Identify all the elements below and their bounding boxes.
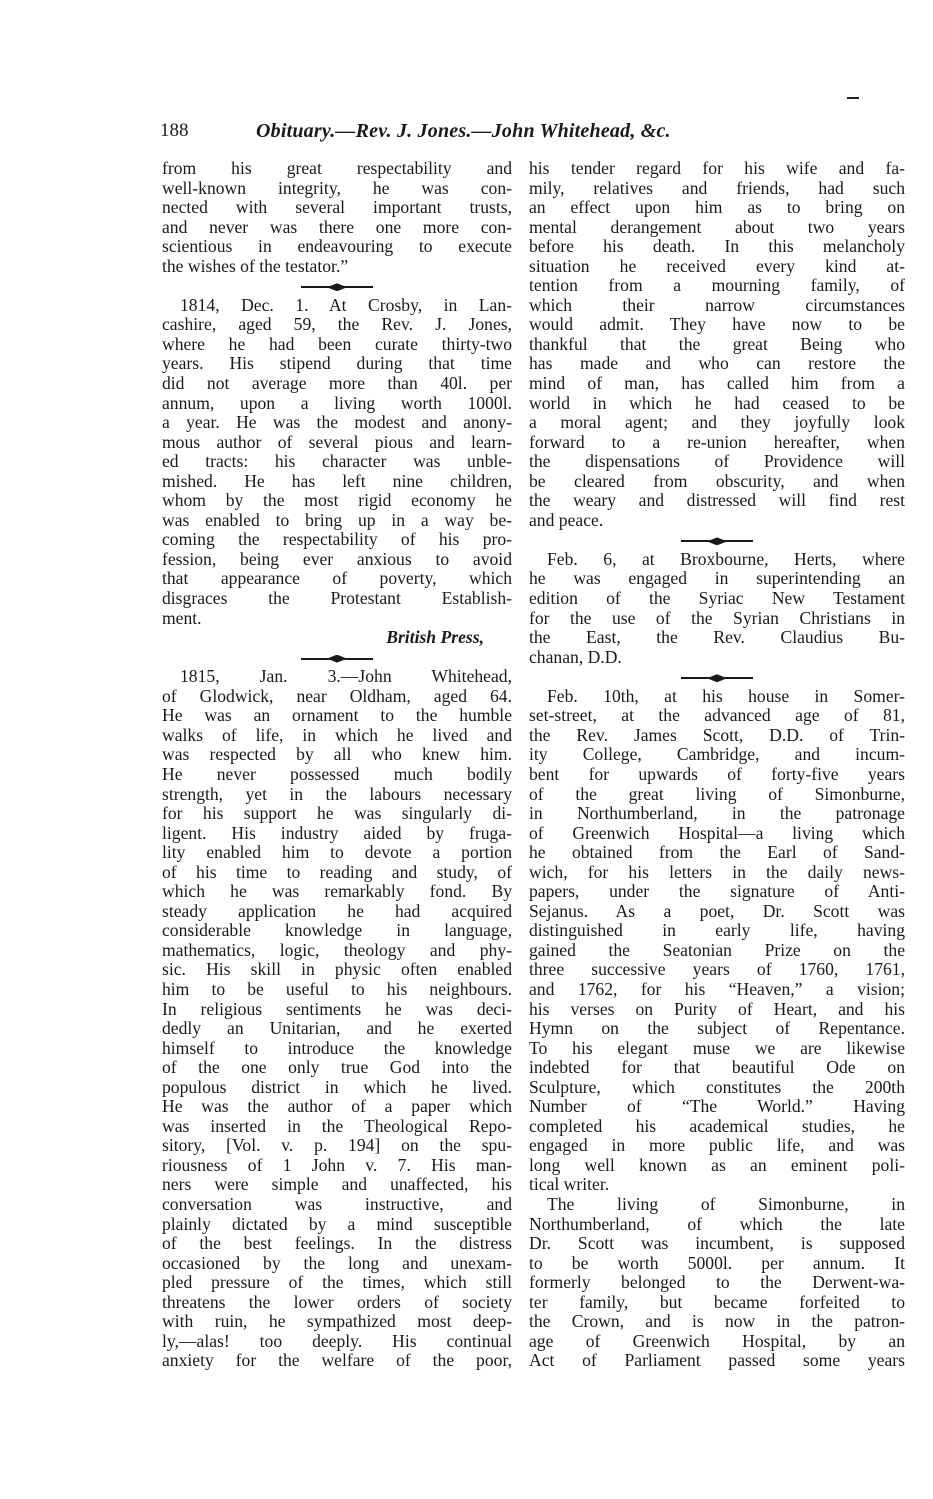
text-line: the Crown, and is now in the patron- [529,1312,905,1332]
text-line: three successive years of 1760, 1761, [529,960,905,980]
text-line: thankful that the great Being who [529,335,905,355]
text-line: plainly dictated by a mind susceptible [162,1215,512,1235]
text-line: fession, being ever anxious to avoid [162,550,512,570]
text-line: age of Greenwich Hospital, by an [529,1332,905,1352]
text-line: which their narrow circumstances [529,296,905,316]
text-line: for the use of the Syrian Christians in [529,609,905,629]
text-line: his tender regard for his wife and fa- [529,159,905,179]
text-line: walks of life, in which he lived and [162,726,512,746]
text-line: ners were simple and unaffected, his [162,1175,512,1195]
text-line: ligent. His industry aided by fruga- [162,824,512,844]
text-line: of the great living of Simonburne, [529,785,905,805]
section-divider [162,648,512,668]
text-line: and never was there one more con- [162,218,512,238]
text-line: sitory, [Vol. v. p. 194] on the spu- [162,1136,512,1156]
text-line: mous author of several pious and learn- [162,433,512,453]
text-line: years. His stipend during that time [162,354,512,374]
text-line: formerly belonged to the Derwent-wa- [529,1273,905,1293]
text-line: 1814, Dec. 1. At Crosby, in Lan- [162,296,512,316]
text-line: be cleared from obscurity, and when [529,472,905,492]
text-line: where he had been curate thirty-two [162,335,512,355]
text-line: annum, upon a living worth 1000l. [162,394,512,414]
text-line: Feb. 6, at Broxbourne, Herts, where [529,550,905,570]
text-line: chanan, D.D. [529,648,905,668]
text-line: indebted for that beautiful Ode on [529,1058,905,1078]
text-line: Northumberland, of which the late [529,1215,905,1235]
text-line: ity College, Cambridge, and incum- [529,745,905,765]
text-line: and peace. [529,511,905,531]
text-line: him to be useful to his neighbours. [162,980,512,1000]
text-line: of the best feelings. In the distress [162,1234,512,1254]
text-line: sic. His skill in physic often enabled [162,960,512,980]
text-line: before his death. In this melancholy [529,237,905,257]
text-line: that appearance of poverty, which [162,569,512,589]
text-line: ed tracts: his character was unble- [162,452,512,472]
text-line: distinguished in early life, having [529,921,905,941]
text-line: mily, relatives and friends, had such [529,179,905,199]
text-line: tical writer. [529,1175,905,1195]
text-line: Number of “The World.” Having [529,1097,905,1117]
text-line: papers, under the signature of Anti- [529,882,905,902]
text-line: lity enabled him to devote a portion [162,843,512,863]
text-line: edition of the Syriac New Testament [529,589,905,609]
section-divider [529,667,905,687]
text-line: ment. [162,609,512,629]
text-line: cashire, aged 59, the Rev. J. Jones, [162,315,512,335]
source-attribution: British Press, [162,628,512,648]
text-line: situation he received every kind at- [529,257,905,277]
text-line: He was the author of a paper which [162,1097,512,1117]
section-divider [162,276,512,296]
ornament-rule-icon [681,676,753,680]
left-column: from his great respectability andwell-kn… [162,159,512,1371]
text-line: of his time to reading and study, of [162,863,512,883]
text-line: considerable knowledge in language, [162,921,512,941]
text-line: mished. He has left nine children, [162,472,512,492]
text-line: has made and who can restore the [529,354,905,374]
page-header: 188 Obituary.—Rev. J. Jones.—John Whiteh… [160,120,905,146]
text-line: was respected by all who knew him. [162,745,512,765]
text-line: engaged in more public life, and was [529,1136,905,1156]
text-line: to be worth 5000l. per annum. It [529,1254,905,1274]
text-line: ly,—alas! too deeply. His continual [162,1332,512,1352]
text-line: himself to introduce the knowledge [162,1039,512,1059]
text-line: did not average more than 40l. per [162,374,512,394]
text-line: an effect upon him as to bring on [529,198,905,218]
ornament-rule-icon [301,657,373,661]
text-line: forward to a re-union hereafter, when [529,433,905,453]
text-line: would admit. They have now to be [529,315,905,335]
text-line: populous district in which he lived. [162,1078,512,1098]
text-line: gained the Seatonian Prize on the [529,941,905,961]
text-line: which he was remarkably fond. By [162,882,512,902]
text-line: set-street, at the advanced age of 81, [529,706,905,726]
text-line: coming the respectability of his pro- [162,530,512,550]
text-line: occasioned by the long and unexam- [162,1254,512,1274]
text-line: of the one only true God into the [162,1058,512,1078]
text-line: the weary and distressed will find rest [529,491,905,511]
text-line: for his support he was singularly di- [162,804,512,824]
text-line: strength, yet in the labours necessary [162,785,512,805]
text-line: his verses on Purity of Heart, and his [529,1000,905,1020]
text-line: The living of Simonburne, in [529,1195,905,1215]
text-line: long well known as an eminent poli- [529,1156,905,1176]
text-line: disgraces the Protestant Establish- [162,589,512,609]
text-line: mental derangement about two years [529,218,905,238]
section-divider [529,530,905,550]
text-line: well-known integrity, he was con- [162,179,512,199]
text-line: Feb. 10th, at his house in Somer- [529,687,905,707]
text-line: Dr. Scott was incumbent, is supposed [529,1234,905,1254]
text-line: dedly an Unitarian, and he exerted [162,1019,512,1039]
text-line: To his elegant muse we are likewise [529,1039,905,1059]
text-line: Sculpture, which constitutes the 200th [529,1078,905,1098]
text-line: scientious in endeavouring to execute [162,237,512,257]
text-line: mind of man, has called him from a [529,374,905,394]
text-line: threatens the lower orders of society [162,1293,512,1313]
scan-mark [847,97,859,99]
text-line: nected with several important trusts, [162,198,512,218]
text-line: Hymn on the subject of Repentance. [529,1019,905,1039]
text-line: with ruin, he sympathized most deep- [162,1312,512,1332]
text-line: tention from a mourning family, of [529,276,905,296]
text-line: was enabled to bring up in a way be- [162,511,512,531]
text-line: the East, the Rev. Claudius Bu- [529,628,905,648]
text-line: He never possessed much bodily [162,765,512,785]
right-column: his tender regard for his wife and fa-mi… [529,159,905,1371]
ornament-rule-icon [301,285,373,289]
text-line: the Rev. James Scott, D.D. of Trin- [529,726,905,746]
text-line: wich, for his letters in the daily news- [529,863,905,883]
text-line: he was engaged in superintending an [529,569,905,589]
text-line: completed his academical studies, he [529,1117,905,1137]
text-line: conversation was instructive, and [162,1195,512,1215]
text-line: mathematics, logic, theology and phy- [162,941,512,961]
text-line: a moral agent; and they joyfully look [529,413,905,433]
text-line: bent for upwards of forty-five years [529,765,905,785]
text-line: the wishes of the testator.” [162,257,512,277]
text-line: anxiety for the welfare of the poor, [162,1351,512,1371]
text-line: Act of Parliament passed some years [529,1351,905,1371]
text-line: In religious sentiments he was deci- [162,1000,512,1020]
text-line: He was an ornament to the humble [162,706,512,726]
text-line: Sejanus. As a poet, Dr. Scott was [529,902,905,922]
text-line: ter family, but became forfeited to [529,1293,905,1313]
text-line: pled pressure of the times, which still [162,1273,512,1293]
text-line: a year. He was the modest and anony- [162,413,512,433]
text-line: was inserted in the Theological Repo- [162,1117,512,1137]
text-line: 1815, Jan. 3.—John Whitehead, [162,667,512,687]
text-line: and 1762, for his “Heaven,” a vision; [529,980,905,1000]
text-line: whom by the most rigid economy he [162,491,512,511]
text-line: of Greenwich Hospital—a living which [529,824,905,844]
text-line: the dispensations of Providence will [529,452,905,472]
text-line: steady application he had acquired [162,902,512,922]
text-line: of Glodwick, near Oldham, aged 64. [162,687,512,707]
text-line: riousness of 1 John v. 7. His man- [162,1156,512,1176]
page-number: 188 [160,120,189,142]
text-line: he obtained from the Earl of Sand- [529,843,905,863]
running-title: Obituary.—Rev. J. Jones.—John Whitehead,… [256,120,671,143]
text-line: world in which he had ceased to be [529,394,905,414]
ornament-rule-icon [681,539,753,543]
text-line: from his great respectability and [162,159,512,179]
text-line: in Northumberland, in the patronage [529,804,905,824]
